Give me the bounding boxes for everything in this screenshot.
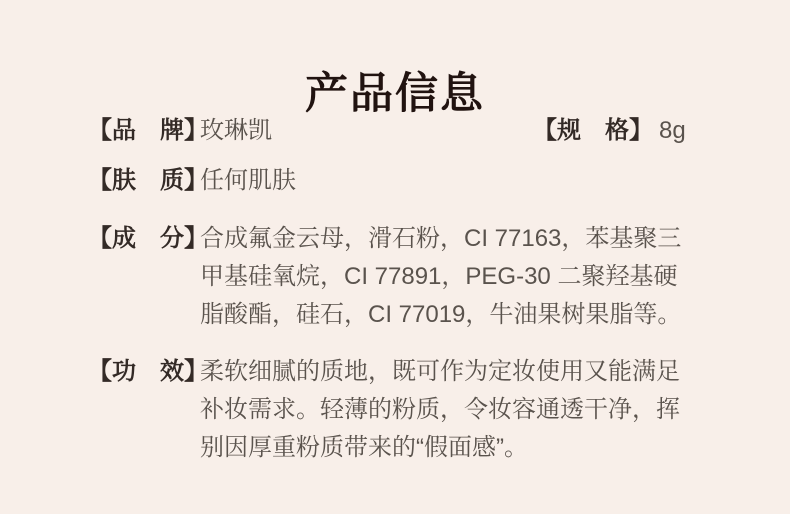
skin-type-value: 任何肌肤 — [200, 162, 296, 200]
effects-row: 【功 效】 柔软细腻的质地，既可作为定妆使用又能满足 补妆需求。轻薄的粉质，令妆… — [0, 353, 790, 467]
spec-group: 【规 格】 8g — [533, 112, 686, 150]
spec-value: 8g — [659, 112, 686, 150]
skin-type-row: 【肤 质】 任何肌肤 — [0, 162, 790, 200]
brand-value: 玫琳凯 — [200, 112, 272, 150]
spec-label: 【规 格】 — [533, 112, 653, 150]
brand-row: 【品 牌】 玫琳凯 【规 格】 8g — [0, 112, 790, 150]
effects-value: 柔软细腻的质地，既可作为定妆使用又能满足 补妆需求。轻薄的粉质，令妆容通透干净，… — [200, 353, 680, 467]
skin-type-label: 【肤 质】 — [88, 162, 200, 200]
brand-label: 【品 牌】 — [88, 112, 200, 150]
product-info-panel: 产品信息 【品 牌】 玫琳凯 【规 格】 8g 【肤 质】 任何肌肤 【成 分】… — [0, 0, 790, 517]
ingredients-label: 【成 分】 — [88, 220, 200, 258]
effects-label: 【功 效】 — [88, 353, 200, 391]
ingredients-value: 合成氟金云母，滑石粉，CI 77163，苯基聚三 甲基硅氧烷，CI 77891，… — [200, 220, 681, 334]
ingredients-row: 【成 分】 合成氟金云母，滑石粉，CI 77163，苯基聚三 甲基硅氧烷，CI … — [0, 220, 790, 334]
